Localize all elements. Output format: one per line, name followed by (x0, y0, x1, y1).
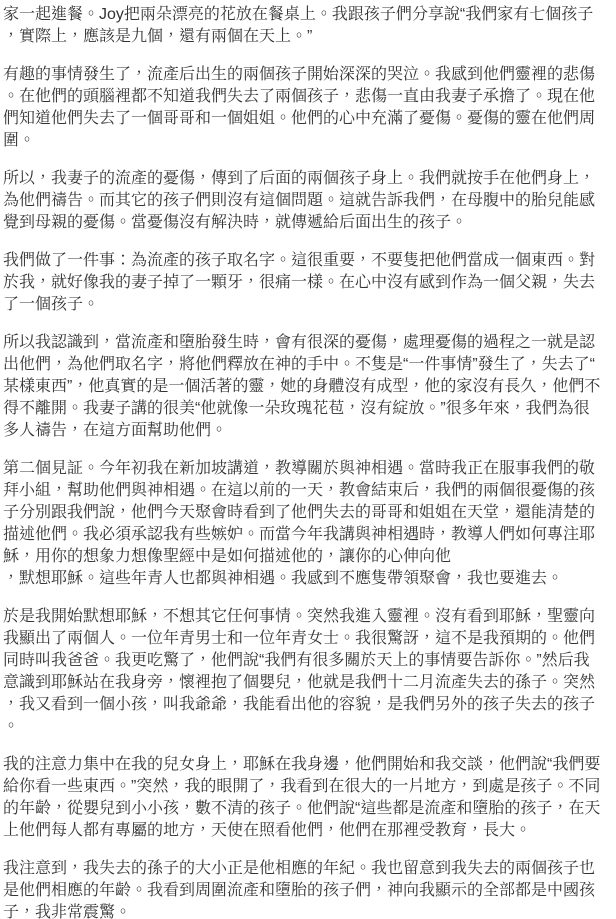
paragraph-6: 第二個見証。今年初我在新加坡講道，教導關於與神相遇。當時我正在服事我們的敬 拜小… (3, 458, 616, 590)
paragraph-2: 有趣的事情發生了，流產后出生的兩個孩子開始深深的哭泣。我感到他們靈裡的悲傷 。在… (3, 64, 616, 152)
paragraph-1: 家一起進餐。Joy把兩朵漂亮的花放在餐桌上。我跟孩子們分享說“我們家有七個孩子 … (3, 4, 616, 48)
paragraph-5: 所以我認識到，當流產和墮胎發生時，會有很深的憂傷，處理憂傷的過程之一就是認 出他… (3, 332, 616, 442)
paragraph-3: 所以，我妻子的流產的憂傷，傳到了后面的兩個孩子身上。我們就按手在他們身上， 為他… (3, 168, 616, 234)
paragraph-4: 我們做了一件事：為流產的孩子取名字。這很重要，不要隻把他們當成一個東西。對 於我… (3, 250, 616, 316)
article-body: 家一起進餐。Joy把兩朵漂亮的花放在餐桌上。我跟孩子們分享說“我們家有七個孩子 … (0, 0, 616, 919)
paragraph-8: 我的注意力集中在我的兒女身上，耶穌在我身邊，他們開始和我交談，他們說“我們要 給… (3, 754, 616, 842)
paragraph-7: 於是我開始默想耶穌，不想其它任何事情。突然我進入靈裡。沒有看到耶穌，聖靈向 我顯… (3, 606, 616, 738)
paragraph-9: 我注意到，我失去的孫子的大小正是他相應的年紀。我也留意到我失去的兩個孩子也 是他… (3, 858, 616, 919)
document-page: 家一起進餐。Joy把兩朵漂亮的花放在餐桌上。我跟孩子們分享說“我們家有七個孩子 … (0, 0, 616, 919)
